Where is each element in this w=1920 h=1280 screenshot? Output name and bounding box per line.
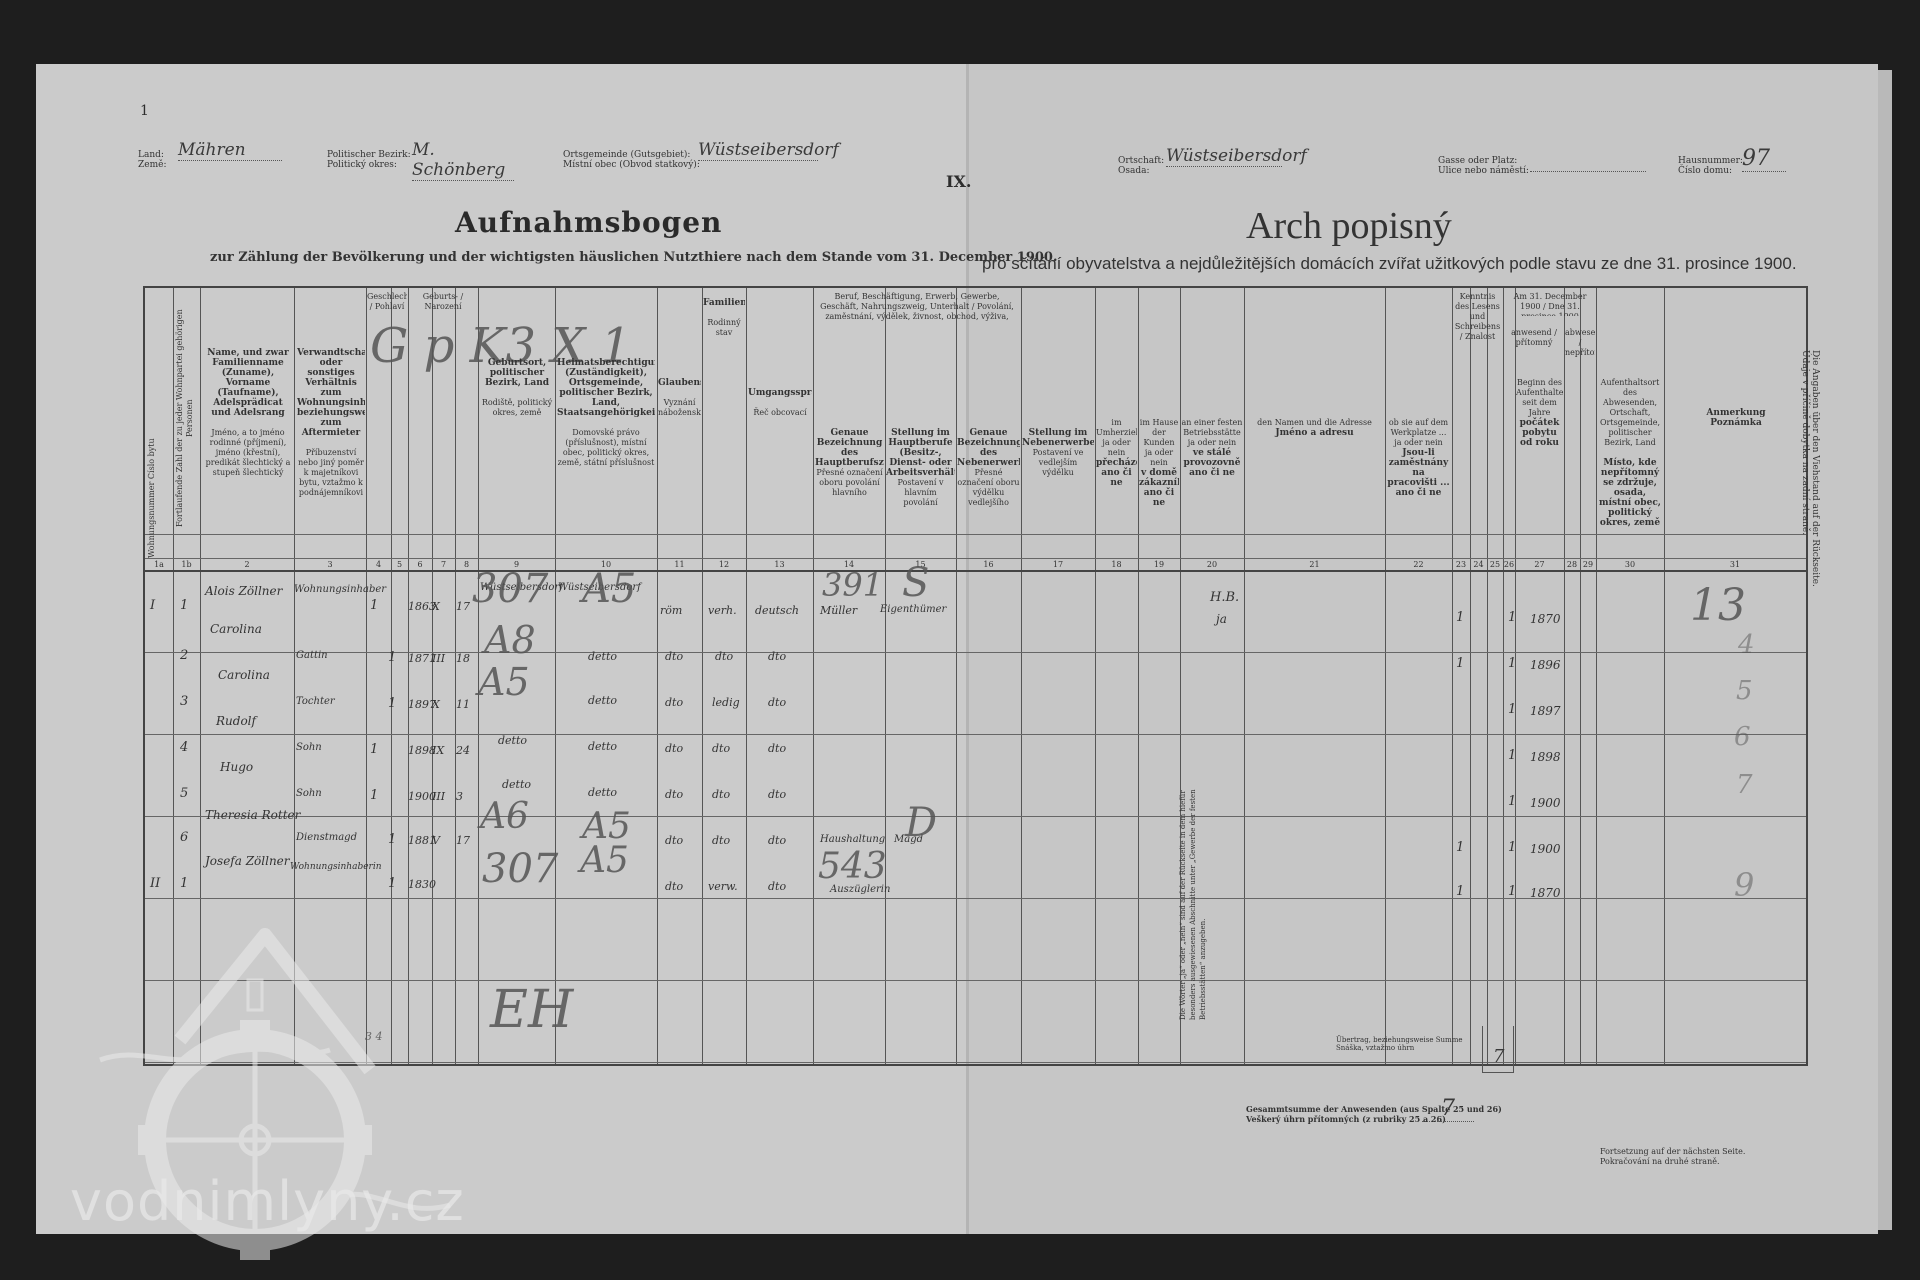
gemeinde-label: Ortsgemeinde (Gutsgebiet): Místní obec (…	[563, 150, 700, 170]
title-german: Aufnahmsbogen	[455, 206, 722, 239]
header-col-22: ob sie auf dem Werkplatze ... ja oder ne…	[1386, 418, 1451, 528]
continue-note: Fortsetzung auf der nächsten Seite. Pokr…	[1600, 1147, 1745, 1167]
header-col-27: Beginn des Aufenthaltes seit dem Jahrepo…	[1516, 378, 1563, 528]
land-label: Land: Země:	[138, 150, 166, 170]
header-col-1b: Fortlaufende Zahl der zu jeder Wohnparte…	[175, 308, 199, 528]
pencil-code-row2: A8	[484, 618, 536, 662]
header-col-14: Genaue Bezeichnung des Hauptberufszweige…	[815, 428, 884, 528]
header-col-3: Verwandtschaft oder sonstiges Verhältnis…	[297, 348, 365, 528]
pencil-code-row3: A5	[478, 660, 530, 704]
header-col-19: im Hause der Kunden ja oder neinv domě z…	[1139, 418, 1179, 528]
header-col-12: FamilienstandRodinný stav	[703, 298, 745, 528]
pencil-code-row7-birthplace: 307	[482, 846, 558, 892]
header-col-30: Aufenthaltsort des Abwesenden, Ortschaft…	[1597, 378, 1663, 528]
pencil-code-row7-heimat: A5	[580, 840, 629, 881]
carry-value: 7	[1493, 1046, 1504, 1067]
header-group-occupation: Beruf, Beschäftigung, Erwerb, Gewerbe, G…	[815, 292, 1019, 322]
header-col-18: im Umherziehen ja oder neinpřecházením a…	[1096, 418, 1137, 528]
pencil-code-row1-heimat: A5	[582, 566, 636, 612]
header-col-15: Stellung im Hauptberufe (Besitz-, Dienst…	[886, 428, 955, 528]
header-group-present: anwesend / přítomný	[1505, 328, 1563, 348]
pencil-code-row1-position: S	[902, 560, 929, 606]
carry-label: Übertrag, beziehungsweise Summe Snáška, …	[1336, 1036, 1462, 1052]
col20-note: Die Wörter „ja“ oder „nein“ sind auf der…	[1178, 760, 1208, 1020]
bezirk-label: Politischer Bezirk: Politický okres:	[327, 150, 411, 170]
pencil-code-row1-occupation: 391	[822, 566, 883, 604]
header-group-birth: Geburts- / Narození	[409, 292, 477, 312]
pencil-code-row6-birthplace: A6	[480, 796, 529, 837]
header-col-9: Geburtsort, politischer Bezirk, LandRodi…	[480, 358, 554, 528]
title-czech: Arch popisný	[1246, 204, 1452, 248]
gasse-value	[1530, 170, 1646, 172]
header-col-21: den Namen und die AdresseJméno a adresu	[1245, 418, 1384, 528]
subtitle-czech: pro sčítání obyvatelstva a nejdůležitějš…	[982, 254, 1797, 274]
header-col-17: Stellung im NebenerwerbePostavení ve ved…	[1022, 428, 1094, 528]
header-col-20: an einer festen Betriebsstätte ja oder n…	[1181, 418, 1243, 528]
header-col-31: AnmerkungPoznámka	[1666, 408, 1806, 428]
pencil-note-top: 13	[1690, 580, 1746, 631]
bezirk-value: M. Schönberg	[412, 140, 514, 181]
carry-box: 7	[1482, 1026, 1514, 1073]
ortschaft-label: Ortschaft: Osada:	[1118, 156, 1164, 176]
header-col-16: Genaue Bezeichnung des Nebenerwerbszweig…	[957, 428, 1020, 528]
total-value: 7	[1422, 1096, 1474, 1122]
pencil-code-row1-birthplace: 307	[472, 566, 548, 612]
side-note: Die Angaben über den Viehstand auf der R…	[1800, 350, 1820, 590]
watermark-text: vodnimlyny.cz	[70, 1170, 465, 1233]
form-number: IX.	[946, 172, 971, 191]
header-col-11: GlaubensbekenntnisVyznání náboženské	[658, 378, 701, 528]
page-edge-stack	[1878, 70, 1892, 1230]
header-group-sex: Geschlecht / Pohlaví	[367, 292, 407, 312]
pencil-code-row7-occupation: 543	[818, 846, 887, 887]
hausnummer-label: Hausnummer: Číslo domu:	[1678, 156, 1743, 176]
page-number: 1	[140, 103, 149, 119]
header-col-2: Name, und zwar Familienname (Zuname), Vo…	[203, 348, 293, 528]
gasse-label: Gasse oder Platz: Ulice nebo náměstí:	[1438, 156, 1529, 176]
header-group-literacy: Kenntnis des Lesens und Schreibens / Zna…	[1453, 292, 1502, 342]
header-col-13: UmgangsspracheŘeč obcovací	[748, 388, 812, 528]
header-col-10: Heimatsberechtigung (Zuständigkeit), Ort…	[557, 358, 655, 528]
hausnummer-value: 97	[1742, 146, 1786, 172]
header-group-date: Am 31. December 1900 / Dne 31. prosince …	[1505, 292, 1595, 316]
land-value: Mähren	[178, 140, 282, 161]
header-col-1a: Wohnungsnummer Číslo bytu	[147, 428, 171, 568]
ortschaft-value: Wüstseibersdorf	[1166, 146, 1282, 167]
pencil-code-row6-position: D	[905, 800, 937, 846]
subtitle-german: zur Zählung der Bevölkerung und der wich…	[210, 250, 1058, 265]
header-group-absent: abwesend / nepřítomný	[1565, 328, 1595, 358]
pencil-bottom-mark: EH	[490, 980, 573, 1040]
gemeinde-value: Wüstseibersdorf	[698, 140, 818, 161]
